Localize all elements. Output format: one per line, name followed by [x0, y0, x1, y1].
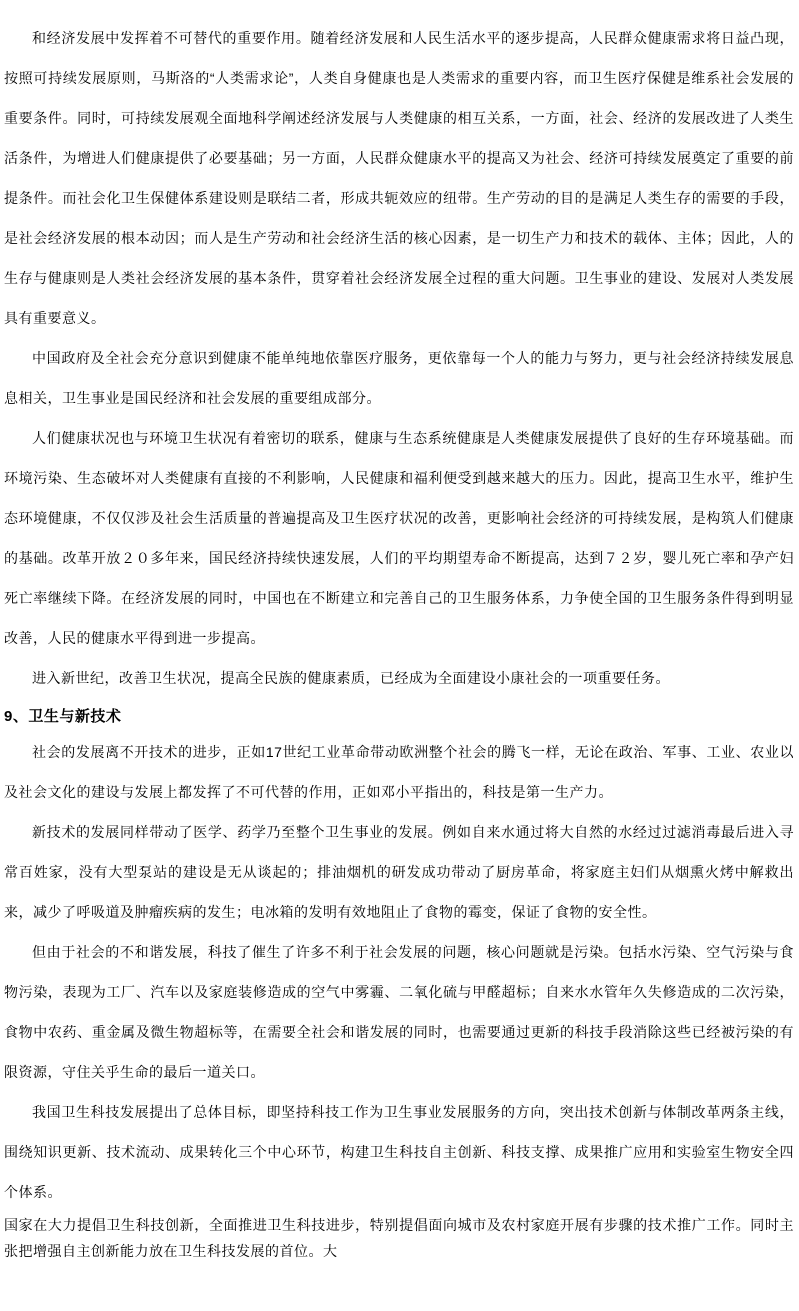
body-paragraph-7: 但由于社会的不和谐发展，科技了催生了许多不利于社会发展的问题，核心问题就是污染。… — [4, 932, 794, 1092]
body-paragraph-6: 新技术的发展同样带动了医学、药学乃至整个卫生事业的发展。例如自来水通过将大自然的… — [4, 812, 794, 932]
body-paragraph-3: 人们健康状况也与环境卫生状况有着密切的联系，健康与生态系统健康是人类健康发展提供… — [4, 418, 794, 658]
document-page: 和经济发展中发挥着不可替代的重要作用。随着经济发展和人民生活水平的逐步提高，人民… — [0, 0, 799, 1311]
body-paragraph-8: 我国卫生科技发展提出了总体目标，即坚持科技工作为卫生事业发展服务的方向，突出技术… — [4, 1092, 794, 1212]
body-paragraph-2: 中国政府及全社会充分意识到健康不能单纯地依靠医疗服务，更依靠每一个人的能力与努力… — [4, 338, 794, 418]
section-heading-health-and-new-technology: 9、卫生与新技术 — [4, 698, 794, 732]
body-paragraph-5: 社会的发展离不开技术的进步，正如17世纪工业革命带动欧洲整个社会的腾飞一样，无论… — [4, 732, 794, 812]
body-paragraph-9: 国家在大力提倡卫生科技创新，全面推进卫生科技进步，特别提倡面向城市及农村家庭开展… — [4, 1212, 794, 1264]
body-paragraph-1: 和经济发展中发挥着不可替代的重要作用。随着经济发展和人民生活水平的逐步提高，人民… — [4, 18, 794, 338]
body-paragraph-4: 进入新世纪，改善卫生状况，提高全民族的健康素质，已经成为全面建设小康社会的一项重… — [4, 658, 794, 698]
